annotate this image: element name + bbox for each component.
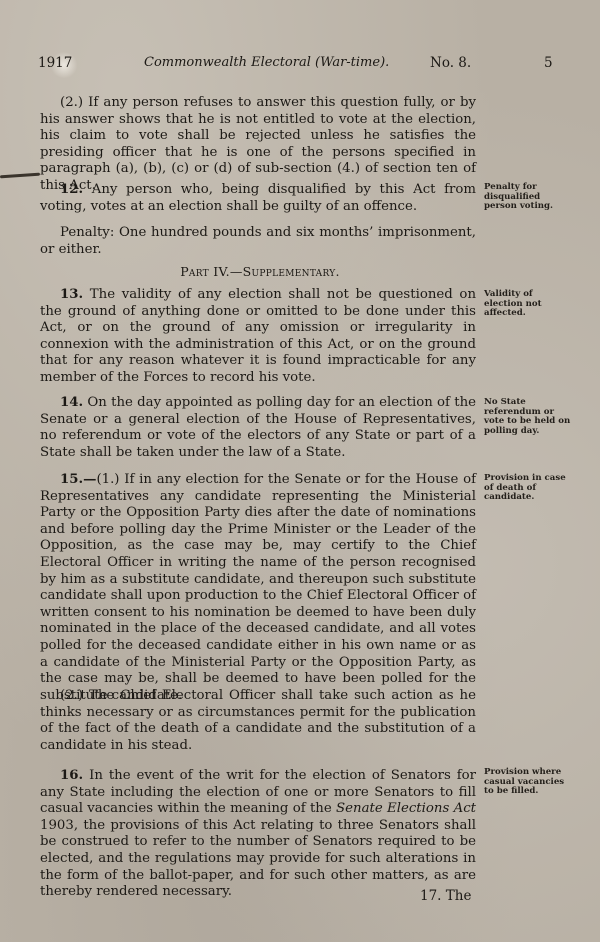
marginal-note-s12: Penalty for disqualified person voting. [484,183,574,212]
paragraph: 16. In the event of the writ for the ele… [40,768,476,901]
year: 1917 [38,55,72,71]
marginal-note-s15: Provision in case of death of candidate. [484,474,574,503]
running-head: 1917 Commonwealth Electoral (War-time). … [0,55,600,75]
act-title: Commonwealth Electoral (War-time). [144,55,389,70]
section-text-continued: 1903, the provisions of this Act relatin… [40,818,476,899]
marginal-note-s14: No State referendum or vote to be held o… [484,398,574,436]
section-number: 15.— [60,472,96,487]
section-11-subsection-2: (2.) If any person refuses to answer thi… [40,95,476,195]
penalty-text: Penalty: One hundred pounds and six mont… [40,225,476,258]
paragraph: 15.—(1.) If in any election for the Sena… [40,472,476,704]
catchword: 17. The [420,888,471,904]
section-14: 14. On the day appointed as polling day … [40,395,476,461]
section-16: 16. In the event of the writ for the ele… [40,768,476,901]
marginal-note-s13: Validity of election not affected. [484,290,574,319]
paragraph: 14. On the day appointed as polling day … [40,395,476,461]
ink-tick-mark [0,173,40,179]
section-text: The validity of any election shall not b… [40,287,476,385]
section-text: Any person who, being disqualified by th… [40,182,476,214]
section-number: 14. [60,395,83,410]
section-15-subsection-2: (2.) The Chief Electoral Officer shall t… [40,688,476,754]
paragraph: (2.) The Chief Electoral Officer shall t… [40,688,476,754]
section-number: 13. [60,287,83,302]
marginal-note-s16: Provision where casual vacancies to be f… [484,768,574,797]
section-12-penalty: Penalty: One hundred pounds and six mont… [40,225,476,258]
section-13: 13. The validity of any election shall n… [40,287,476,387]
section-number: 16. [60,768,83,783]
part-heading: Part IV.—Supplementary. [0,264,520,279]
act-number: No. 8. [430,55,471,71]
paragraph: 12. Any person who, being disqualified b… [40,182,476,215]
section-text: (1.) If in any election for the Senate o… [40,472,476,703]
act-citation: Senate Elections Act [336,801,476,816]
section-number: 12. [60,182,83,197]
paragraph: (2.) If any person refuses to answer thi… [40,95,476,195]
document-page: 1917 Commonwealth Electoral (War-time). … [0,0,600,942]
page-number: 5 [544,55,553,71]
paragraph: 13. The validity of any election shall n… [40,287,476,387]
section-12: 12. Any person who, being disqualified b… [40,182,476,215]
section-15-subsection-1: 15.—(1.) If in any election for the Sena… [40,472,476,704]
section-text: On the day appointed as polling day for … [40,395,476,460]
